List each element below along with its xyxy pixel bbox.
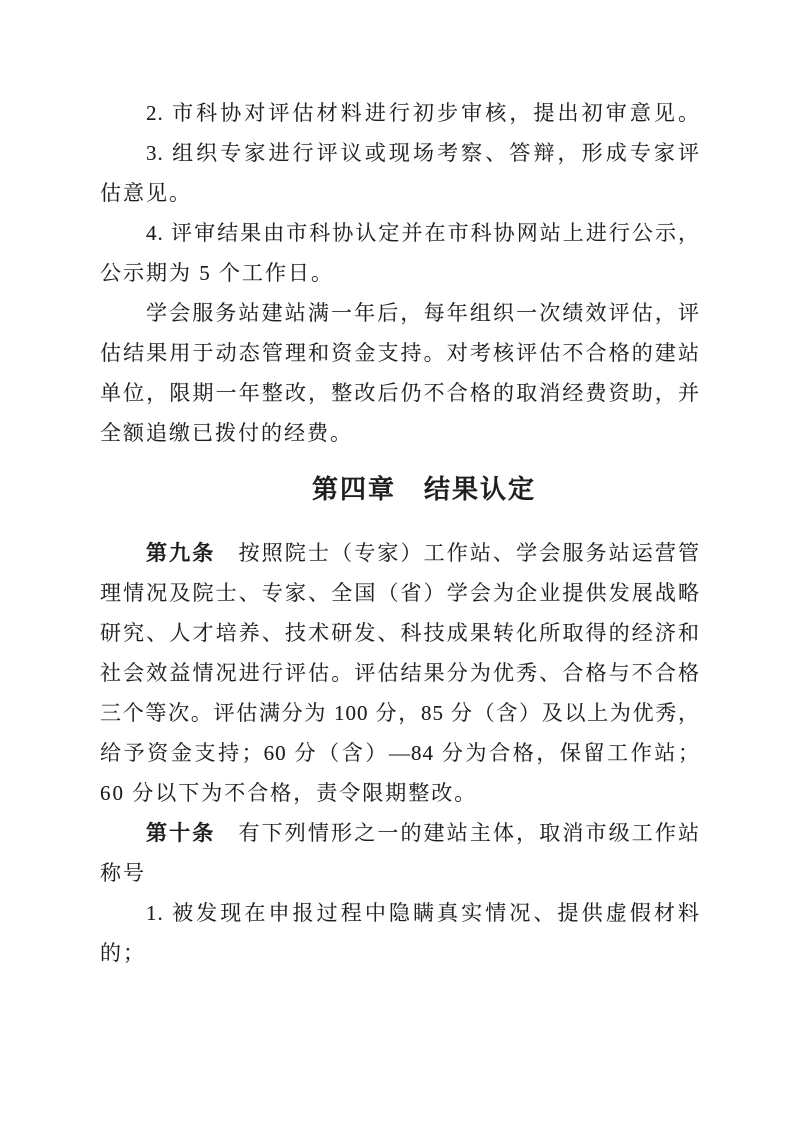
text-run: 60 分以下为不合格，责令限期整改。	[100, 781, 477, 805]
text-run: 4. 评审结果由市科协认定并在市科协网站上进行公示，	[146, 221, 700, 245]
text-run: 估结果用于动态管理和资金支持。对考核评估不合格的建站	[100, 341, 700, 365]
text-line: 1. 被发现在申报过程中隐瞒真实情况、提供虚假材料	[100, 893, 700, 933]
text-line: 估结果用于动态管理和资金支持。对考核评估不合格的建站	[100, 333, 700, 373]
text-run: 学会服务站建站满一年后，每年组织一次绩效评估，评	[146, 301, 700, 325]
text-run: 全额追缴已拨付的经费。	[100, 421, 353, 445]
text-line: 给予资金支持；60 分（含）—84 分为合格，保留工作站；	[100, 733, 700, 773]
text-run: 三个等次。评估满分为 100 分，85 分（含）及以上为优秀，	[100, 701, 700, 725]
text-line: 学会服务站建站满一年后，每年组织一次绩效评估，评	[100, 293, 700, 333]
text-run: 1. 被发现在申报过程中隐瞒真实情况、提供虚假材料	[146, 901, 700, 925]
text-line: 全额追缴已拨付的经费。	[100, 413, 700, 453]
text-line: 研究、人才培养、技术研发、科技成果转化所取得的经济和	[100, 613, 700, 653]
text-line: 社会效益情况进行评估。评估结果分为优秀、合格与不合格	[100, 653, 700, 693]
text-line: 60 分以下为不合格，责令限期整改。	[100, 773, 700, 813]
text-run: 给予资金支持；60 分（含）—84 分为合格，保留工作站；	[100, 741, 700, 765]
chapter-heading: 第四章 结果认定	[100, 469, 700, 509]
text-run: 按照院士（专家）工作站、学会服务站运营管	[215, 541, 700, 565]
text-line: 单位，限期一年整改，整改后仍不合格的取消经费资助，并	[100, 373, 700, 413]
text-line: 三个等次。评估满分为 100 分，85 分（含）及以上为优秀，	[100, 693, 700, 733]
bold-text-run: 第九条	[146, 542, 215, 565]
text-line: 理情况及院士、专家、全国（省）学会为企业提供发展战略	[100, 573, 700, 613]
text-run: 3. 组织专家进行评议或现场考察、答辩，形成专家评	[146, 141, 700, 165]
document-page: 2. 市科协对评估材料进行初步审核，提出初审意见。3. 组织专家进行评议或现场考…	[0, 0, 800, 1132]
text-line: 的；	[100, 933, 700, 973]
bold-text-run: 第四章 结果认定	[312, 474, 536, 504]
document-body: 2. 市科协对评估材料进行初步审核，提出初审意见。3. 组织专家进行评议或现场考…	[100, 93, 700, 973]
text-run: 估意见。	[100, 181, 192, 205]
text-run: 理情况及院士、专家、全国（省）学会为企业提供发展战略	[100, 581, 700, 605]
text-run: 称号	[100, 861, 146, 885]
text-run: 2. 市科协对评估材料进行初步审核，提出初审意见。	[146, 101, 700, 125]
text-run: 公示期为 5 个工作日。	[100, 261, 334, 285]
text-line: 第十条 有下列情形之一的建站主体，取消市级工作站	[100, 813, 700, 853]
text-line: 估意见。	[100, 173, 700, 213]
text-run: 研究、人才培养、技术研发、科技成果转化所取得的经济和	[100, 621, 700, 645]
text-run: 的；	[100, 941, 146, 965]
text-line: 3. 组织专家进行评议或现场考察、答辩，形成专家评	[100, 133, 700, 173]
text-line: 2. 市科协对评估材料进行初步审核，提出初审意见。	[100, 93, 700, 133]
text-line: 称号	[100, 853, 700, 893]
text-line: 4. 评审结果由市科协认定并在市科协网站上进行公示，	[100, 213, 700, 253]
bold-text-run: 第十条	[146, 822, 215, 845]
text-line: 公示期为 5 个工作日。	[100, 253, 700, 293]
text-run: 单位，限期一年整改，整改后仍不合格的取消经费资助，并	[100, 381, 700, 405]
text-line: 第九条 按照院士（专家）工作站、学会服务站运营管	[100, 533, 700, 573]
text-run: 社会效益情况进行评估。评估结果分为优秀、合格与不合格	[100, 661, 700, 685]
text-run: 有下列情形之一的建站主体，取消市级工作站	[215, 821, 700, 845]
